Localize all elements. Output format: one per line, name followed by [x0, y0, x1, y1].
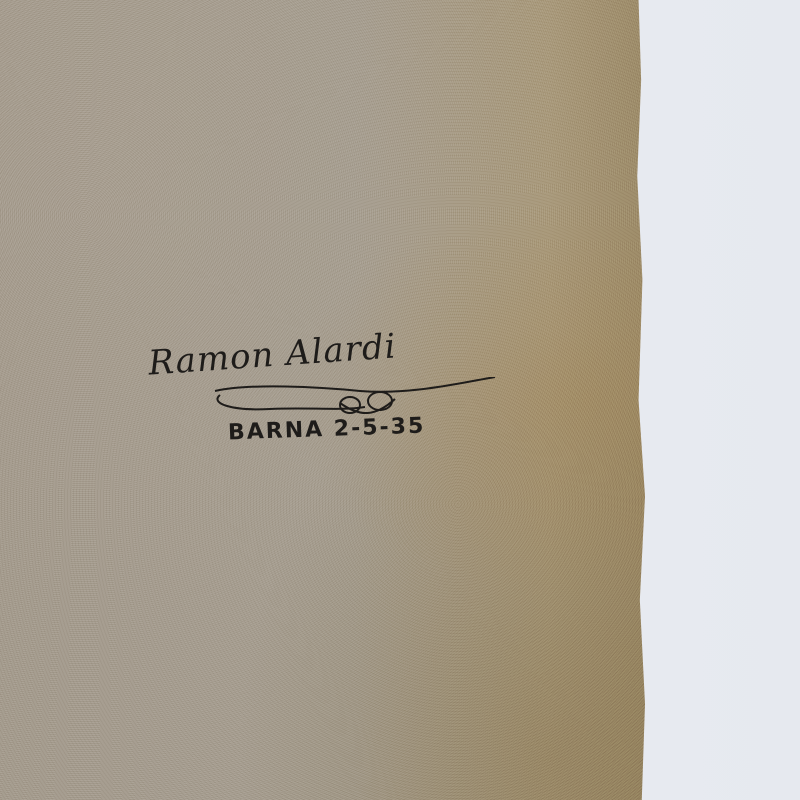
felt-fabric: Ramon Alardi BARNA 2-5-35: [0, 0, 645, 800]
embroidered-signature: Ramon Alardi: [147, 326, 398, 383]
embroidered-inscription: Ramon Alardi BARNA 2-5-35: [140, 325, 520, 455]
